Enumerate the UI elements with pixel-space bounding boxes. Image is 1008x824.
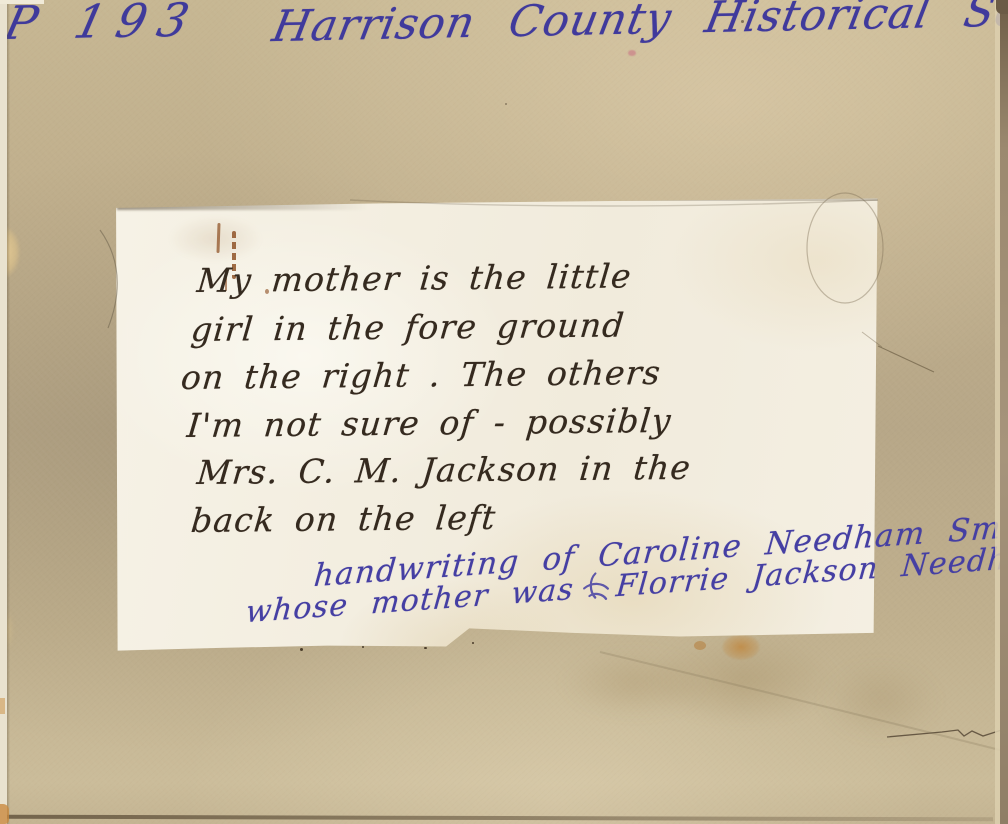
speck xyxy=(362,646,364,648)
note-line: back on the left xyxy=(189,498,498,541)
speck xyxy=(472,642,474,644)
ink-scribble xyxy=(579,568,612,604)
pencil-arc-mark xyxy=(100,230,117,328)
catalog-number: P 193 xyxy=(0,0,206,50)
note-line: Mrs. C. M. Jackson in the xyxy=(195,448,693,493)
speck xyxy=(505,103,507,105)
card-edge-shadow xyxy=(113,197,879,201)
rust-stain xyxy=(0,698,5,714)
scratch-mark xyxy=(878,346,934,372)
note-line: on the right . The others xyxy=(179,353,663,398)
page-bottom-edge xyxy=(5,815,993,822)
page-right-edge xyxy=(1000,0,1008,824)
stain xyxy=(560,648,710,718)
rust-stain xyxy=(0,804,9,824)
scanned-album-page: P 193 Harrison County Historical Society… xyxy=(0,0,1008,824)
note-line: girl in the fore ground xyxy=(189,305,626,350)
note-line: My mother is the little xyxy=(195,256,633,301)
pink-mark xyxy=(628,50,636,56)
page-title: Harrison County Historical Society xyxy=(268,0,1008,52)
note-line: I'm not sure of - possibly xyxy=(185,401,673,446)
smudge-mark xyxy=(168,215,263,263)
scan-edge-shadow xyxy=(7,0,10,824)
speck xyxy=(424,647,427,649)
crease-mark xyxy=(600,652,1008,752)
rust-stain xyxy=(722,634,760,660)
stain xyxy=(820,660,940,740)
corner-notch xyxy=(996,0,1008,14)
speck xyxy=(300,648,303,651)
stain xyxy=(648,634,838,726)
scan-top-edge xyxy=(0,0,44,4)
crack-mark xyxy=(887,728,1008,737)
smudge-mark xyxy=(117,197,367,210)
rust-stain xyxy=(694,641,706,650)
